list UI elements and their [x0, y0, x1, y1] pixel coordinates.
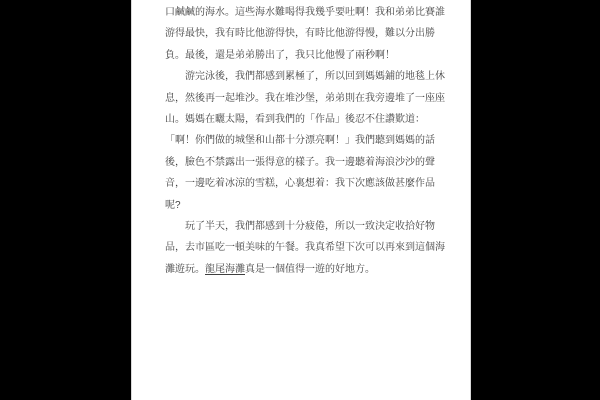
text-line-3: 負。最後，還是弟弟勝出了，我只比他慢了兩秒啊！: [165, 45, 447, 66]
text-line-7: 「啊！你們做的城堡和山都十分漂亮啊！」我們聽到媽媽的話: [165, 130, 447, 151]
text-line-9: 音，一邊吃着冰涼的雪糕，心裏想着：我下次應該做甚麼作品: [165, 173, 447, 194]
text-line-8: 後，臉色不禁露出一張得意的樣子。我一邊聽着海浪沙沙的聲: [165, 152, 447, 173]
text-line-11: 玩了半天，我們都感到十分疲倦，所以一致決定收拾好物: [165, 216, 447, 237]
text-line-10: 呢?: [165, 195, 447, 216]
essay-text: 口鹹鹹的海水。這些海水難喝得我幾乎要吐啊！我和弟弟比賽誰 游得最快，我有時比他游…: [132, 0, 470, 280]
text-line-12: 品，去市區吃一頓美味的午餐。我真希望下次可以再來到這個海: [165, 237, 447, 258]
text-line-6: 山。媽媽在曬太陽，看到我們的「作品」後忍不住讚歎道：: [165, 109, 447, 130]
document-page: 口鹹鹹的海水。這些海水難喝得我幾乎要吐啊！我和弟弟比賽誰 游得最快，我有時比他游…: [131, 0, 471, 400]
final-line-pre: 灘遊玩。: [165, 264, 205, 275]
text-line-1: 口鹹鹹的海水。這些海水難喝得我幾乎要吐啊！我和弟弟比賽誰: [165, 2, 447, 23]
viewer-background: 口鹹鹹的海水。這些海水難喝得我幾乎要吐啊！我和弟弟比賽誰 游得最快，我有時比他游…: [0, 0, 600, 400]
place-name-underlined: 龍尾海灘: [205, 264, 245, 275]
text-line-4: 游完泳後，我們都感到累極了，所以回到媽媽鋪的地毯上休: [165, 66, 447, 87]
text-line-5: 息，然後再一起堆沙。我在堆沙堡，弟弟則在我旁邊堆了一座座: [165, 88, 447, 109]
text-line-13: 灘遊玩。龍尾海灘真是一個值得一遊的好地方。: [165, 259, 447, 280]
text-line-2: 游得最快，我有時比他游得快，有時比他游得慢，難以分出勝: [165, 23, 447, 44]
final-line-post: 真是一個值得一遊的好地方。: [245, 264, 375, 275]
